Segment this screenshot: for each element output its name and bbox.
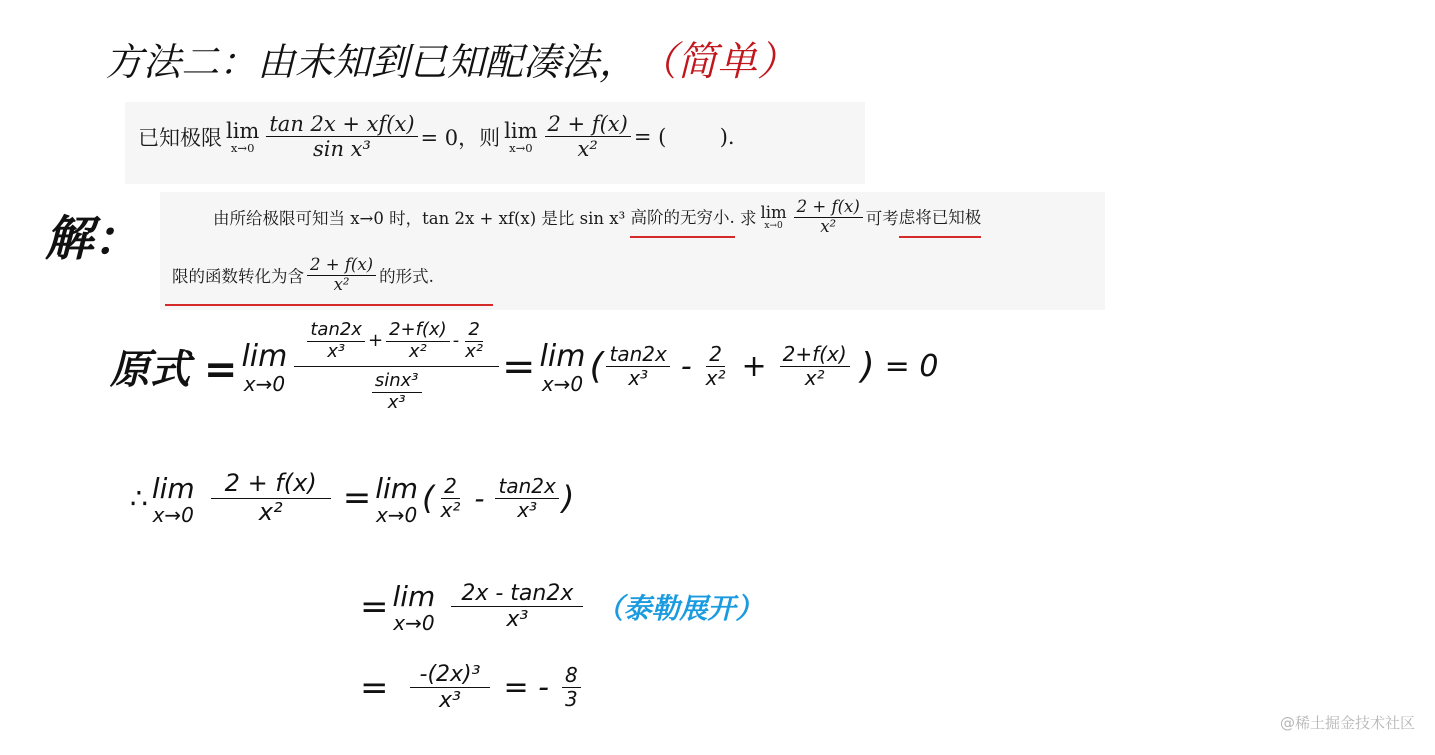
frac-den: x³ [514, 499, 540, 522]
frac-num: 2 [441, 475, 460, 499]
frac-num: 2 + f(x) [794, 198, 863, 218]
frac-den: x³ [324, 342, 348, 363]
solution-line2-text: 限的函数转化为含 [172, 263, 304, 287]
frac-num: 2 + f(x) [307, 256, 376, 276]
term-sinx3-over-x3: sinx³ x³ [372, 371, 422, 413]
therefore-symbol: ∴ [130, 482, 148, 515]
step1-big-fraction: tan2x x³ + 2+f(x) x² - 2 x² sinx³ x³ [294, 320, 499, 414]
minus-sign: - [453, 331, 460, 352]
lim-label: lim [241, 339, 287, 374]
step4-fraction: -(2x)³ x³ [410, 662, 491, 714]
frac-num: 2 [706, 343, 725, 367]
step2-lim: lim x→0 [152, 472, 195, 525]
frac-den: x³ [503, 607, 531, 632]
term-2fx-over-x2: 2+f(x) x² [386, 320, 450, 362]
lim-label: lim [540, 339, 586, 374]
frac-den: x² [802, 367, 828, 390]
taylor-expansion-note: （泰勒展开） [595, 587, 763, 627]
frac-den: x³ [625, 367, 651, 390]
step3-lim: lim x→0 [393, 580, 436, 633]
problem-statement: 已知极限 lim x→0 tan 2x + xf(x) sin x³ = 0，则… [138, 112, 735, 161]
term-tan2x-over-x3: tan2x x³ [307, 320, 365, 362]
problem-prefix: 已知极限 [138, 122, 222, 152]
minus-sign: - [681, 349, 692, 384]
equals-sign: = [360, 587, 389, 627]
step-1-equation: 原式 = lim x→0 tan2x x³ + 2+f(x) x² - 2 x²… [110, 320, 938, 414]
lim-sub: x→0 [542, 374, 583, 394]
lim-label: lim [393, 580, 436, 613]
r-2fx-over-x2: 2+f(x) x² [780, 343, 850, 390]
r-tan2x-over-x3: tan2x x³ [606, 343, 669, 390]
heading-text: 方法二：由未知到已知配凑法， [105, 31, 637, 86]
frac-den: x² [462, 342, 486, 363]
frac-den: x² [256, 499, 286, 527]
r-2-over-x2: 2 x² [703, 343, 729, 390]
lim-sub: x→0 [764, 222, 782, 231]
lim-sub: x→0 [244, 374, 285, 394]
solution-line2-end: 的形式. [379, 263, 434, 287]
step1-result: = 0 [885, 349, 939, 384]
paren-close: ) [562, 479, 574, 517]
lim-label: lim [226, 119, 259, 143]
problem-fraction-2: 2 + f(x) x² [545, 112, 631, 161]
big-frac-numerator: tan2x x³ + 2+f(x) x² - 2 x² [294, 320, 499, 367]
frac-den: x² [575, 137, 601, 161]
frac-den: x³ [436, 688, 464, 713]
method-heading: 方法二：由未知到已知配凑法， （简单） [105, 30, 797, 87]
frac-den: x² [438, 499, 464, 522]
step1-lim: lim x→0 [241, 339, 287, 394]
equals-sign: = [502, 344, 536, 390]
paren-open: ( [422, 479, 434, 517]
lim-label: lim [504, 119, 537, 143]
lim-label: lim [152, 472, 195, 505]
solution-line-1: 由所给极限可知当 x→0 时，tan 2x + xf(x) 是比 sin x³ … [213, 196, 981, 238]
step3-fraction: 2x - tan2x x³ [451, 581, 583, 633]
frac-num: tan2x [307, 320, 365, 342]
step1-lim-2: lim x→0 [540, 339, 586, 394]
problem-mid: = 0，则 [421, 122, 501, 152]
step-2-equation: ∴ lim x→0 2 + f(x) x² = lim x→0 ( 2 x² -… [130, 470, 574, 526]
underlined-higher-order-infinitesimal: 高阶的无穷小. [630, 204, 734, 238]
solution-text-b: 求 [735, 205, 757, 229]
frac-den: 3 [562, 688, 581, 711]
frac-num: tan2x [495, 475, 558, 499]
problem-lim-2: lim x→0 [504, 119, 537, 155]
frac-den: x² [817, 218, 839, 237]
step2-lhs-fraction: 2 + f(x) x² [211, 470, 331, 526]
frac-num: 2+f(x) [386, 320, 450, 342]
plus-sign: + [742, 349, 767, 384]
frac-den: sin x³ [310, 137, 374, 161]
equals-sign: = [360, 668, 389, 708]
frac-num: -(2x)³ [410, 662, 491, 688]
lim-sub: x→0 [393, 613, 434, 633]
problem-fraction-1: tan 2x + xf(x) sin x³ [266, 112, 417, 161]
minus-sign: - [474, 482, 484, 515]
red-underline-line2 [165, 304, 493, 306]
lim-label: lim [760, 203, 786, 222]
step2-lim-2: lim x→0 [375, 472, 418, 525]
lim-sub: x→0 [509, 143, 533, 155]
solution-text-a: 由所给极限可知当 x→0 时，tan 2x + xf(x) 是比 sin x³ [213, 205, 630, 229]
frac-num: 2 [465, 320, 482, 342]
lim-sub: x→0 [231, 143, 255, 155]
frac-num: sinx³ [372, 371, 422, 393]
equals-minus: = - [503, 670, 549, 705]
frac-den: x² [331, 276, 353, 295]
original-expression-label: 原式 = [110, 338, 237, 395]
solution-fraction-1: 2 + f(x) x² [794, 198, 863, 237]
solution-fraction-2: 2 + f(x) x² [307, 256, 376, 295]
problem-suffix: = ( ). [634, 125, 735, 149]
paren-close: ) [861, 346, 875, 387]
solution-label: 解： [45, 200, 141, 269]
result-fraction: 8 3 [562, 664, 581, 711]
solution-lim: lim x→0 [760, 203, 786, 231]
frac-den: x² [703, 367, 729, 390]
frac-num: 2x - tan2x [451, 581, 583, 607]
big-frac-denominator: sinx³ x³ [366, 367, 428, 413]
lim-sub: x→0 [376, 505, 417, 525]
step2-2-over-x2: 2 x² [438, 475, 464, 522]
frac-num: 2 + f(x) [211, 470, 331, 499]
problem-lim-1: lim x→0 [226, 119, 259, 155]
frac-den: x³ [385, 393, 409, 414]
watermark: @稀土掘金技术社区 [1280, 712, 1415, 733]
frac-num: 8 [562, 664, 581, 688]
solution-text-c: 可考 [866, 205, 899, 229]
step-3-equation: = lim x→0 2x - tan2x x³ （泰勒展开） [360, 580, 763, 633]
lim-sub: x→0 [153, 505, 194, 525]
equals-sign: = [343, 478, 372, 518]
underlined-convert-known: 虑将已知极 [899, 204, 982, 238]
plus-sign: + [368, 331, 383, 352]
frac-num: 2+f(x) [780, 343, 850, 367]
frac-num: tan 2x + xf(x) [266, 112, 417, 137]
lim-label: lim [375, 472, 418, 505]
step2-tan2x-over-x3: tan2x x³ [495, 475, 558, 522]
paren-open: ( [589, 346, 603, 387]
solution-line-2: 限的函数转化为含 2 + f(x) x² 的形式. [172, 256, 434, 295]
heading-note-simple: （简单） [637, 30, 797, 87]
step-4-equation: = -(2x)³ x³ = - 8 3 [360, 662, 584, 714]
frac-num: 2 + f(x) [545, 112, 631, 137]
term-2-over-x2: 2 x² [462, 320, 486, 362]
frac-num: tan2x [606, 343, 669, 367]
frac-den: x² [406, 342, 430, 363]
